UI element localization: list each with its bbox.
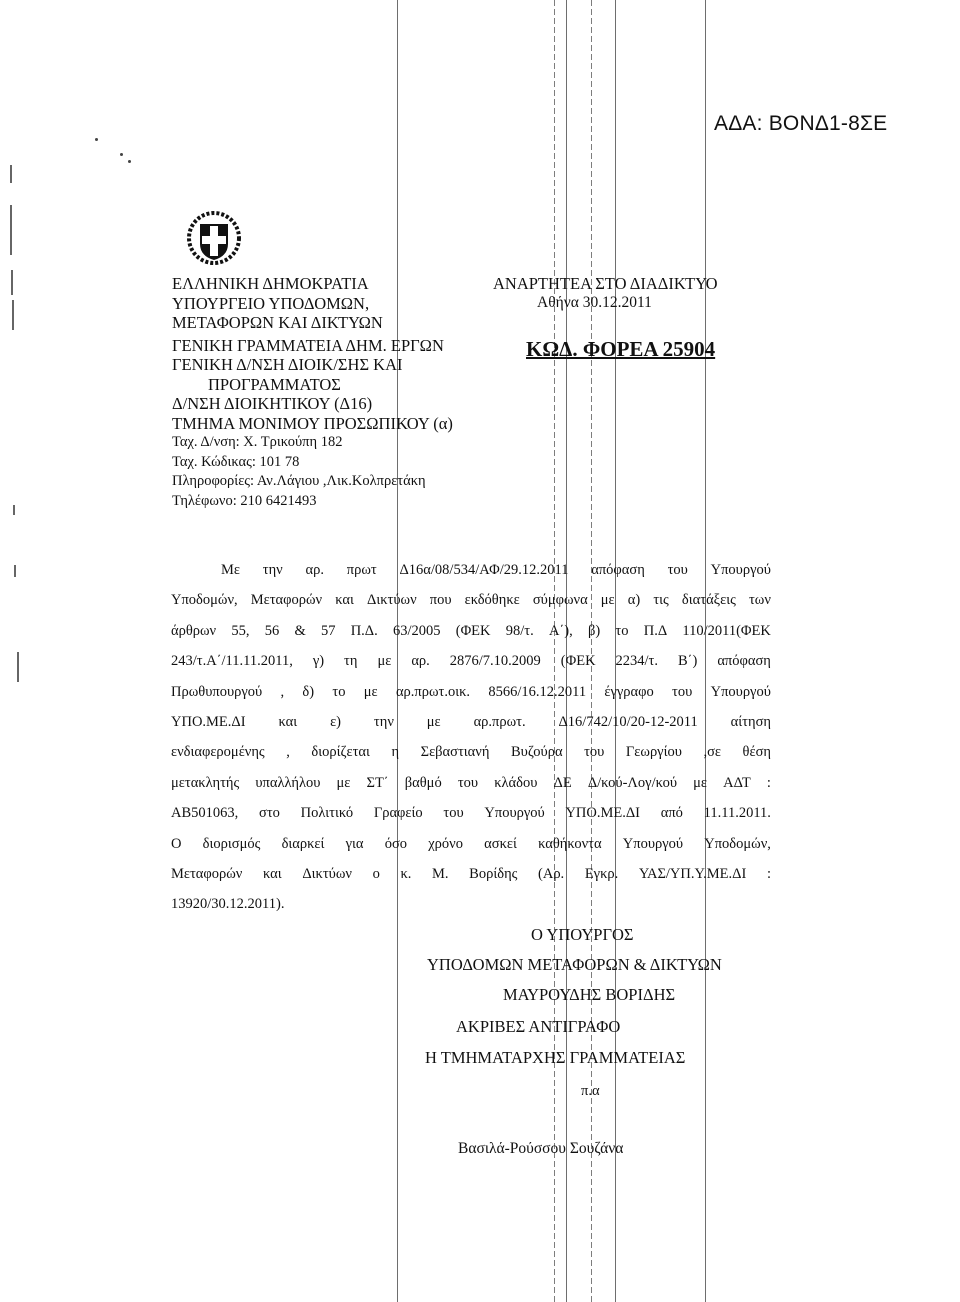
body-word: κλάδου bbox=[494, 768, 537, 798]
body-line: 243/τ.Α΄/11.11.2011,γ)τημεαρ.2876/7.10.2… bbox=[171, 646, 771, 676]
signature-ministry: ΥΠΟΔΟΜΩΝ ΜΕΤΑΦΟΡΩΝ & ΔΙΚΤΥΩΝ bbox=[427, 955, 722, 975]
body-word: την bbox=[263, 555, 283, 585]
header-line: ΜΕΤΑΦΟΡΩΝ ΚΑΙ ΔΙΚΤΥΩΝ bbox=[172, 313, 453, 333]
ada-code: ΑΔΑ: ΒΟΝΔ1-8ΣΕ bbox=[714, 112, 887, 136]
body-word: Σεβαστιανή bbox=[421, 737, 490, 767]
scan-edge-mark bbox=[13, 505, 15, 515]
body-word: 13920/30.12.2011). bbox=[171, 889, 284, 919]
body-word: του bbox=[458, 768, 478, 798]
scan-edge-mark bbox=[10, 205, 12, 255]
body-line: 13920/30.12.2011). bbox=[171, 889, 771, 919]
contact-phone: Τηλέφωνο: 210 6421493 bbox=[172, 492, 453, 512]
body-word: με bbox=[364, 677, 378, 707]
body-word: για bbox=[346, 829, 364, 859]
body-word: αρ.πρωτ.οικ. bbox=[396, 677, 470, 707]
body-word: Δ/κού-Λογ/κού bbox=[588, 768, 677, 798]
header-line: ΠΡΟΓΡΑΜΜΑΤΟΣ bbox=[172, 375, 453, 395]
header-line: ΥΠΟΥΡΓΕΙΟ ΥΠΟΔΟΜΩΝ, bbox=[172, 294, 453, 314]
body-word: του bbox=[672, 677, 692, 707]
body-word: 2234/τ. bbox=[616, 646, 658, 676]
body-word: Γεωργίου bbox=[626, 737, 682, 767]
body-line: ΥΠΟ.ΜΕ.ΔΙκαιε)τηνμεαρ.πρωτ.Δ16/742/10/20… bbox=[171, 707, 771, 737]
signature-name: ΜΑΥΡΟΥΔΗΣ ΒΟΡΙΔΗΣ bbox=[503, 985, 675, 1005]
true-copy-label: ΑΚΡΙΒΕΣ ΑΝΤΙΓΡΑΦΟ bbox=[456, 1017, 620, 1037]
body-word: ενδιαφερομένης bbox=[171, 737, 265, 767]
body-word: 110/2011(ΦΕΚ bbox=[682, 616, 770, 646]
body-word: μετακλητής bbox=[171, 768, 239, 798]
body-word: α) bbox=[628, 585, 640, 615]
body-word: βαθμό bbox=[405, 768, 442, 798]
body-word: απόφαση bbox=[717, 646, 771, 676]
body-word: απόφαση bbox=[591, 555, 645, 585]
body-word: αρ. bbox=[411, 646, 429, 676]
body-word: και bbox=[278, 707, 297, 737]
body-word: ΑΔΤ bbox=[723, 768, 751, 798]
body-word: 11.11.2011. bbox=[704, 798, 771, 828]
body-word: όσο bbox=[385, 829, 407, 859]
body-word: άρθρων bbox=[171, 616, 216, 646]
body-word: 55, bbox=[231, 616, 249, 646]
signatory-name: Βασιλά-Ρούσσου Σουζάνα bbox=[458, 1140, 623, 1158]
body-word: με bbox=[427, 707, 441, 737]
body-word: την bbox=[374, 707, 394, 737]
body-word: Υποδομών, bbox=[704, 829, 771, 859]
body-word: Β΄) bbox=[678, 646, 697, 676]
body-word: ΔΕ bbox=[554, 768, 572, 798]
header-line: ΕΛΛΗΝΙΚΗ ΔΗΜΟΚΡΑΤΙΑ bbox=[172, 274, 453, 294]
body-word: Υπουργού bbox=[484, 798, 544, 828]
body-word: Υποδομών, bbox=[171, 585, 238, 615]
body-line: ενδιαφερομένης,διορίζεταιηΣεβαστιανήΒυζο… bbox=[171, 737, 771, 767]
body-word: : bbox=[767, 768, 771, 798]
issuing-authority-header: ΕΛΛΗΝΙΚΗ ΔΗΜΟΚΡΑΤΙΑ ΥΠΟΥΡΓΕΙΟ ΥΠΟΔΟΜΩΝ, … bbox=[172, 274, 453, 511]
posting-notice: ΑΝΑΡΤΗΤΕΑ ΣΤΟ ΔΙΑΔΙΚΤΥΟ bbox=[493, 274, 717, 293]
body-word: σύμφωνα bbox=[533, 585, 588, 615]
body-word: καθήκοντα bbox=[538, 829, 602, 859]
body-word: 2876/7.10.2009 bbox=[450, 646, 541, 676]
body-line: ΜεταφορώνκαιΔικτύωνοκ.Μ.Βορίδης(Αρ.Εγκρ.… bbox=[171, 859, 771, 889]
body-word: αίτηση bbox=[731, 707, 771, 737]
body-word: και bbox=[335, 585, 354, 615]
body-word: που bbox=[430, 585, 452, 615]
body-word: Πολιτικό bbox=[301, 798, 353, 828]
body-word: αρ.πρωτ. bbox=[474, 707, 526, 737]
body-line: Πρωθυπουργού,δ)τομεαρ.πρωτ.οικ.8566/16.1… bbox=[171, 677, 771, 707]
body-word: με bbox=[601, 585, 615, 615]
body-word: Γραφείο bbox=[374, 798, 423, 828]
body-word: ΥΠΟ.ΜΕ.ΔΙ bbox=[171, 707, 246, 737]
scan-edge-mark bbox=[11, 270, 13, 295]
body-word: ΣΤ΄ bbox=[367, 768, 389, 798]
body-word: Μεταφορών bbox=[171, 859, 242, 889]
body-word: η bbox=[391, 737, 399, 767]
body-word: Υπουργού bbox=[711, 677, 771, 707]
body-word: υπαλλήλου bbox=[255, 768, 320, 798]
body-word: με bbox=[693, 768, 707, 798]
body-word: και bbox=[263, 859, 282, 889]
scan-speck bbox=[95, 138, 98, 141]
body-word: 8566/16.12.2011 bbox=[488, 677, 586, 707]
body-word: Π.Δ. bbox=[351, 616, 378, 646]
body-word: τις bbox=[653, 585, 668, 615]
body-word: Μ. bbox=[432, 859, 449, 889]
greek-coat-of-arms-icon bbox=[186, 210, 242, 266]
header-line: ΤΜΗΜΑ ΜΟΝΙΜΟΥ ΠΡΟΣΩΠΙΚΟΥ (α) bbox=[172, 414, 453, 434]
body-word: τη bbox=[344, 646, 357, 676]
body-word: έγγραφο bbox=[604, 677, 653, 707]
contact-info: Πληροφορίες: Αν.Λάγιου ,Λικ.Κολπρετάκη bbox=[172, 472, 453, 492]
scan-edge-mark bbox=[12, 300, 14, 330]
body-word: Δ16α/08/534/ΑΦ/29.12.2011 bbox=[399, 555, 568, 585]
body-word: 98/τ. bbox=[506, 616, 534, 646]
body-word: β) bbox=[588, 616, 600, 646]
body-word: από bbox=[661, 798, 683, 828]
body-word: Πρωθυπουργού bbox=[171, 677, 262, 707]
header-line: ΓΕΝΙΚΗ ΓΡΑΜΜΑΤΕΙΑ ΔΗΜ. ΕΡΓΩΝ bbox=[172, 336, 453, 356]
body-word: το bbox=[615, 616, 628, 646]
body-word: με bbox=[337, 768, 351, 798]
body-line: ΑΒ501063,στοΠολιτικόΓραφείοτουΥπουργούΥΠ… bbox=[171, 798, 771, 828]
body-word: γ) bbox=[313, 646, 324, 676]
body-word: αρ. bbox=[306, 555, 324, 585]
body-word: (ΦΕΚ bbox=[561, 646, 596, 676]
body-word: Βυζούρα bbox=[511, 737, 563, 767]
body-word: Ο bbox=[171, 829, 181, 859]
body-word: ΥΑΣ/ΥΠ.Υ.ΜΕ.ΔΙ bbox=[639, 859, 746, 889]
body-word: 63/2005 bbox=[393, 616, 441, 646]
body-word: Μεταφορών bbox=[251, 585, 322, 615]
body-word: Υπουργού bbox=[711, 555, 771, 585]
body-line: Οδιορισμόςδιαρκείγιαόσοχρόνοασκείκαθήκον… bbox=[171, 829, 771, 859]
body-word: (ΦΕΚ bbox=[456, 616, 491, 646]
body-word: Δ16/742/10/20-12-2011 bbox=[558, 707, 697, 737]
body-word: 56 bbox=[265, 616, 280, 646]
body-word: ΥΠΟ.ΜΕ.ΔΙ bbox=[565, 798, 640, 828]
body-line: άρθρων55,56&57Π.Δ.63/2005(ΦΕΚ98/τ.Α΄),β)… bbox=[171, 616, 771, 646]
body-word: ο bbox=[373, 859, 380, 889]
body-word: δ) bbox=[302, 677, 314, 707]
body-word: , bbox=[286, 737, 290, 767]
body-word: πρωτ bbox=[347, 555, 377, 585]
body-word: Δικτύων bbox=[367, 585, 417, 615]
on-behalf-mark: π.α bbox=[581, 1083, 600, 1100]
scan-speck bbox=[128, 160, 131, 163]
body-word: Α΄), bbox=[549, 616, 573, 646]
header-line: ΓΕΝΙΚΗ Δ/ΝΣΗ ΔΙΟΙΚ/ΣΗΣ ΚΑΙ bbox=[172, 355, 453, 375]
body-word: θέση bbox=[743, 737, 771, 767]
body-word: ε) bbox=[330, 707, 341, 737]
body-word: : bbox=[767, 859, 771, 889]
body-word: κ. bbox=[400, 859, 411, 889]
body-word: & bbox=[294, 616, 305, 646]
decision-body: Μετηναρ.πρωτΔ16α/08/534/ΑΦ/29.12.2011από… bbox=[171, 555, 771, 920]
body-line: Μετηναρ.πρωτΔ16α/08/534/ΑΦ/29.12.2011από… bbox=[171, 555, 771, 585]
contact-address: Ταχ. Δ/νση: Χ. Τρικούπη 182 bbox=[172, 433, 453, 453]
body-word: διατάξεις bbox=[682, 585, 736, 615]
body-word: στο bbox=[259, 798, 280, 828]
head-of-secretariat: Η ΤΜΗΜΑΤΑΡΧΗΣ ΓΡΑΜΜΑΤΕΙΑΣ bbox=[425, 1048, 685, 1068]
body-word: διορίζεται bbox=[311, 737, 370, 767]
body-word: Βορίδης bbox=[469, 859, 517, 889]
header-line: Δ/ΝΣΗ ΔΙΟΙΚΗΤΙΚΟΥ (Δ16) bbox=[172, 394, 453, 414]
body-line: Υποδομών,ΜεταφορώνκαιΔικτύωνπουεκδόθηκεσ… bbox=[171, 585, 771, 615]
scan-speck bbox=[120, 153, 123, 156]
body-word: με bbox=[377, 646, 391, 676]
body-word: Εγκρ. bbox=[585, 859, 618, 889]
scan-edge-mark bbox=[17, 652, 19, 682]
scan-edge-mark bbox=[10, 165, 12, 183]
body-word: ασκεί bbox=[484, 829, 517, 859]
body-word: διαρκεί bbox=[282, 829, 325, 859]
body-word: του bbox=[443, 798, 463, 828]
scan-edge-mark bbox=[14, 565, 16, 577]
body-word: του bbox=[668, 555, 688, 585]
body-word: , bbox=[281, 677, 285, 707]
body-word: Υπουργού bbox=[623, 829, 683, 859]
body-word: Δικτύων bbox=[302, 859, 352, 889]
body-word: ΑΒ501063, bbox=[171, 798, 238, 828]
body-word: Π.Δ bbox=[644, 616, 667, 646]
body-word: χρόνο bbox=[428, 829, 463, 859]
foreas-code: ΚΩΔ. ΦΟΡΕΑ 25904 bbox=[526, 337, 715, 362]
date-line: Αθήνα 30.12.2011 bbox=[493, 293, 717, 312]
body-word: Με bbox=[221, 555, 240, 585]
body-word: ,σε bbox=[703, 737, 721, 767]
body-word: των bbox=[749, 585, 771, 615]
signature-title: Ο ΥΠΟΥΡΓΟΣ bbox=[531, 925, 634, 945]
posting-block: ΑΝΑΡΤΗΤΕΑ ΣΤΟ ΔΙΑΔΙΚΤΥΟ Αθήνα 30.12.2011 bbox=[493, 274, 717, 312]
body-word: 57 bbox=[321, 616, 336, 646]
body-word: το bbox=[332, 677, 345, 707]
body-line: μετακλητήςυπαλλήλουμεΣΤ΄βαθμότουκλάδουΔΕ… bbox=[171, 768, 771, 798]
body-word: 243/τ.Α΄/11.11.2011, bbox=[171, 646, 293, 676]
contact-postal-code: Ταχ. Κώδικας: 101 78 bbox=[172, 453, 453, 473]
body-word: (Αρ. bbox=[538, 859, 564, 889]
body-word: του bbox=[584, 737, 604, 767]
body-word: εκδόθηκε bbox=[465, 585, 520, 615]
body-word: διορισμός bbox=[203, 829, 261, 859]
